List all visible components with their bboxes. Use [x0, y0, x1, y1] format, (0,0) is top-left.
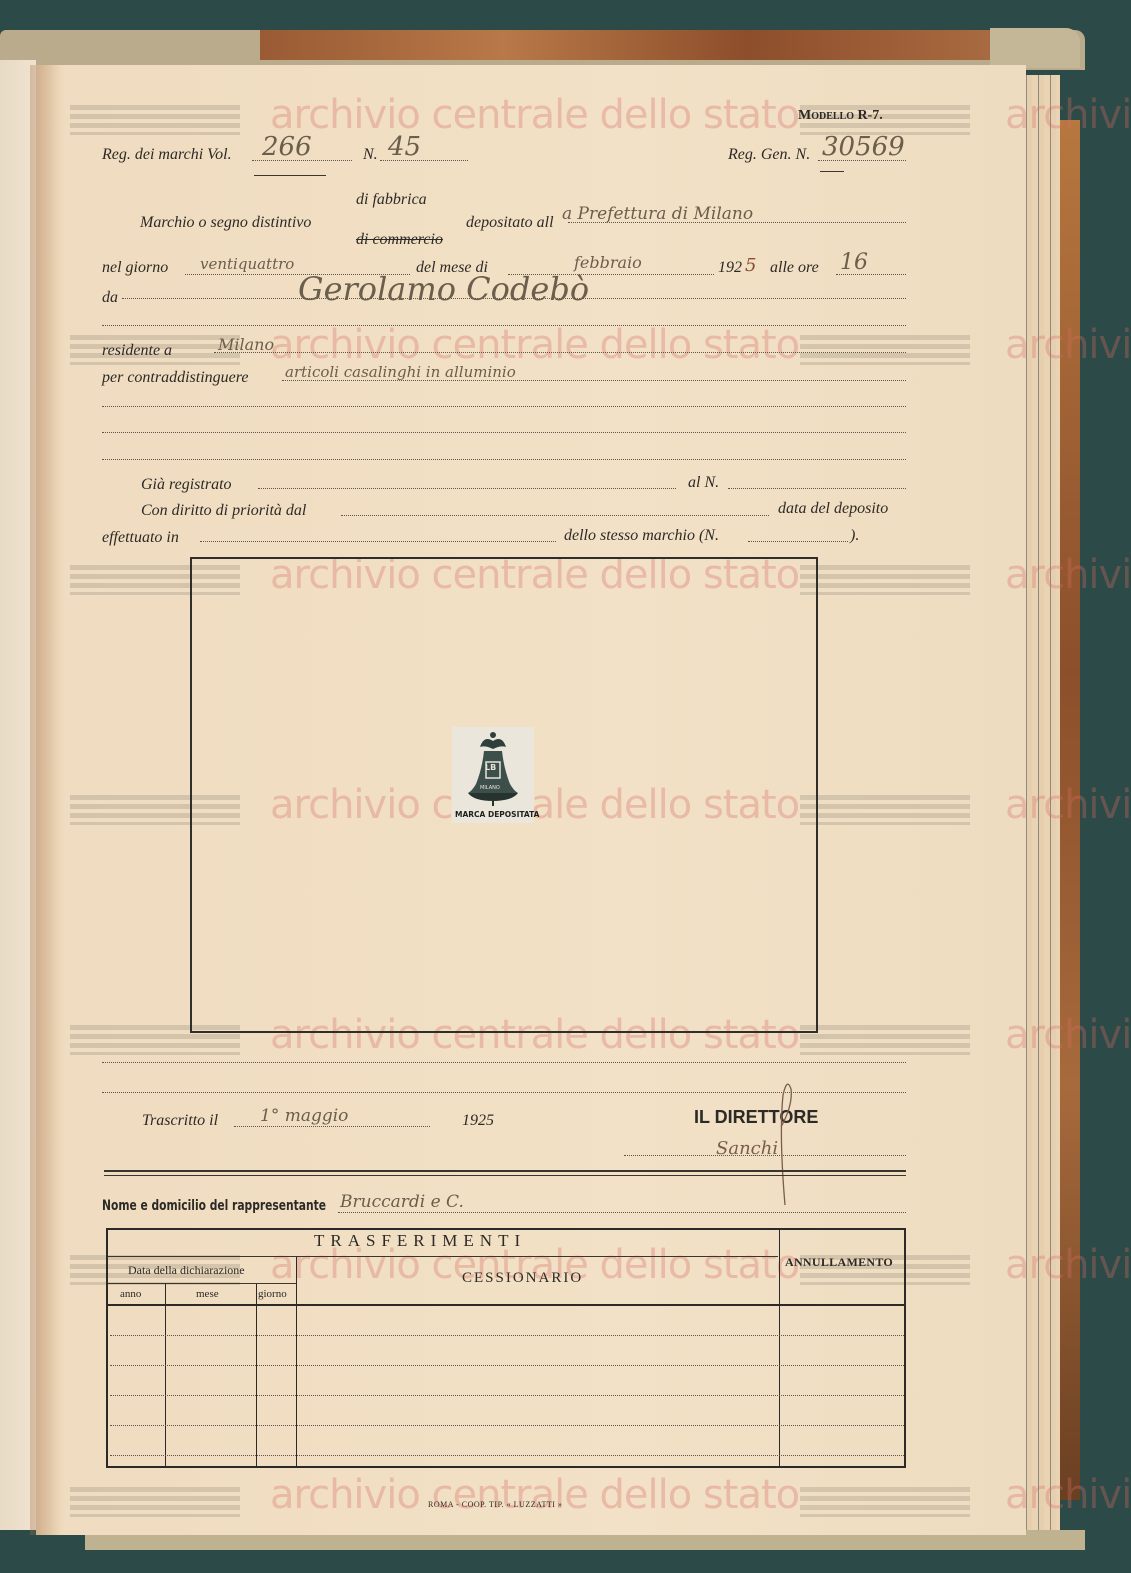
depositato-value: a Prefettura di Milano — [562, 204, 753, 224]
data-deposito-label: data del deposito — [778, 500, 888, 518]
da-label: da — [102, 289, 118, 307]
table-row — [110, 1395, 904, 1396]
blank-line — [102, 432, 906, 433]
residente-label: residente a — [102, 342, 172, 360]
blank-line — [102, 325, 906, 326]
watermark-text: archivio centrale dello stato — [270, 322, 799, 368]
col-divider — [256, 1284, 257, 1466]
col-divider — [296, 1257, 297, 1466]
watermark-text: archivio centrale dello stato — [1005, 92, 1131, 138]
diritto-line — [341, 515, 769, 516]
year-prefix: 192 — [718, 259, 742, 277]
representative-line — [338, 1212, 906, 1213]
col-anno: anno — [120, 1288, 141, 1300]
n-label: N. — [363, 146, 378, 164]
watermark-text: archivio centrale dello stato — [1005, 1472, 1131, 1518]
col-divider — [779, 1229, 780, 1466]
col-annullamento: ANNULLAMENTO — [785, 1255, 893, 1270]
close-paren: ). — [850, 527, 859, 545]
diritto-label: Con diritto di priorità dal — [141, 502, 306, 520]
al-n-label: al N. — [688, 474, 719, 492]
col-cessionario: CESSIONARIO — [462, 1270, 583, 1287]
header-rule — [108, 1304, 904, 1306]
table-row — [110, 1425, 904, 1426]
option-fabbrica: di fabbrica — [356, 191, 427, 209]
trademark-stamp: LB MILANO MARCA DEPOSITATA — [452, 727, 534, 823]
table-row — [110, 1365, 904, 1366]
reg-gen-value: 30569 — [822, 132, 905, 162]
watermark-text: archivio centrale dello stato — [270, 1472, 799, 1518]
residente-value: Milano — [218, 335, 274, 354]
model-code: Modello R-7. — [798, 108, 883, 124]
giorno-label: nel giorno — [102, 259, 168, 277]
blank-line — [102, 459, 906, 460]
watermark-text: archivio centrale dello stato — [1005, 322, 1131, 368]
trascritto-label: Trascritto il — [142, 1112, 218, 1130]
vol-value: 266 — [262, 132, 312, 162]
ore-label: alle ore — [770, 259, 819, 277]
effettuato-label: effettuato in — [102, 529, 179, 547]
al-n-line — [728, 488, 906, 489]
watermark-logo — [800, 565, 970, 595]
col-mese: mese — [196, 1288, 219, 1300]
gia-registrato-label: Già registrato — [141, 476, 232, 494]
gia-registrato-line — [258, 488, 676, 489]
stesso-marchio-line — [748, 541, 848, 542]
watermark-text: archivio centrale dello stato — [1005, 1242, 1131, 1288]
book-cloth-corner — [990, 28, 1080, 68]
table-title: TRASFERIMENTI — [314, 1231, 526, 1251]
table-row — [110, 1335, 904, 1336]
watermark-logo — [800, 795, 970, 825]
ore-value: 16 — [840, 250, 868, 275]
year-suffix: 5 — [745, 255, 756, 276]
marchio-label: Marchio o segno distintivo — [140, 214, 311, 232]
reg-marchi-label: Reg. dei marchi Vol. — [102, 146, 232, 164]
divider-double-top — [104, 1170, 906, 1172]
giorno-value: ventiquattro — [200, 255, 294, 273]
representative-label: Nome e domicilio del rappresentante — [102, 1198, 326, 1214]
stesso-marchio-label: dello stesso marchio (N. — [564, 527, 719, 545]
watermark-text: archivio centrale dello stato — [1005, 782, 1131, 828]
stamp-monogram: LB — [485, 763, 496, 772]
contrad-value: articoli casalinghi in alluminio — [285, 363, 516, 381]
watermark-logo — [800, 335, 970, 365]
book-leather-top — [260, 30, 990, 60]
blank-line — [102, 406, 906, 407]
signature-flourish — [755, 1075, 795, 1210]
vol-underline — [254, 175, 326, 176]
divider-double-bottom — [104, 1175, 906, 1176]
residente-line — [214, 352, 906, 353]
watermark-text: archivio centrale dello stato — [1005, 1012, 1131, 1058]
table-title-rule — [108, 1256, 778, 1257]
option-commercio: di commercio — [356, 231, 443, 249]
blank-line — [102, 1062, 906, 1063]
table-row — [110, 1455, 904, 1456]
watermark-logo — [70, 105, 240, 135]
col-group-date: Data della dichiarazione — [128, 1263, 245, 1278]
watermark-text: archivio centrale dello stato — [1005, 552, 1131, 598]
gutter-shadow — [30, 65, 60, 1535]
contrad-label: per contraddistinguere — [102, 369, 249, 387]
n-value: 45 — [388, 132, 421, 162]
watermark-logo — [800, 1487, 970, 1517]
col-divider — [165, 1284, 166, 1466]
trascritto-value: 1° maggio — [260, 1106, 348, 1126]
watermark-logo — [800, 1025, 970, 1055]
representative-value: Bruccardi e C. — [340, 1192, 464, 1212]
printer-credit: ROMA - COOP. TIP. « LUZZATTI » — [428, 1500, 562, 1509]
effettuato-line — [200, 541, 556, 542]
date-sub-rule — [108, 1283, 296, 1284]
trascritto-line — [234, 1126, 430, 1127]
col-giorno: giorno — [258, 1288, 287, 1300]
trascritto-year: 1925 — [462, 1112, 494, 1130]
stamp-city: MILANO — [480, 785, 500, 791]
reg-gen-underline — [820, 171, 844, 172]
reg-gen-label: Reg. Gen. N. — [728, 146, 810, 164]
da-value: Gerolamo Codebò — [298, 270, 589, 308]
depositato-label: depositato all — [466, 214, 554, 232]
watermark-text: archivio centrale dello stato — [270, 92, 799, 138]
stamp-caption: MARCA DEPOSITATA — [455, 810, 539, 819]
watermark-logo — [70, 1487, 240, 1517]
